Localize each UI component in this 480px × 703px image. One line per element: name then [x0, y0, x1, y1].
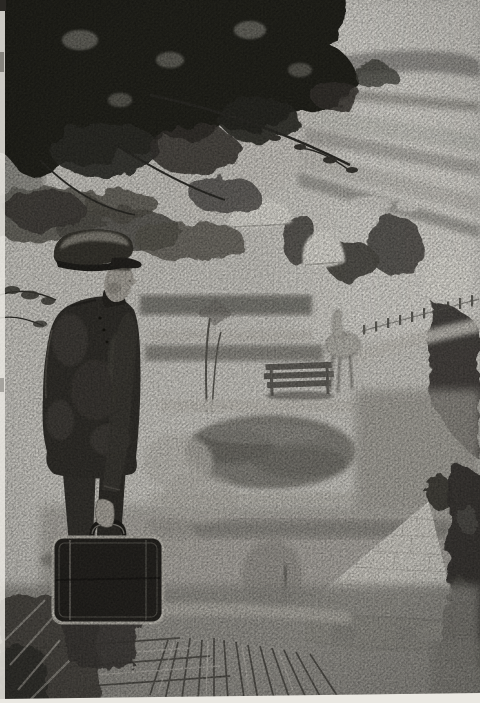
photo-canvas: [0, 0, 480, 703]
halftone-overlay: [0, 0, 480, 703]
halftone-photo: [0, 0, 480, 703]
